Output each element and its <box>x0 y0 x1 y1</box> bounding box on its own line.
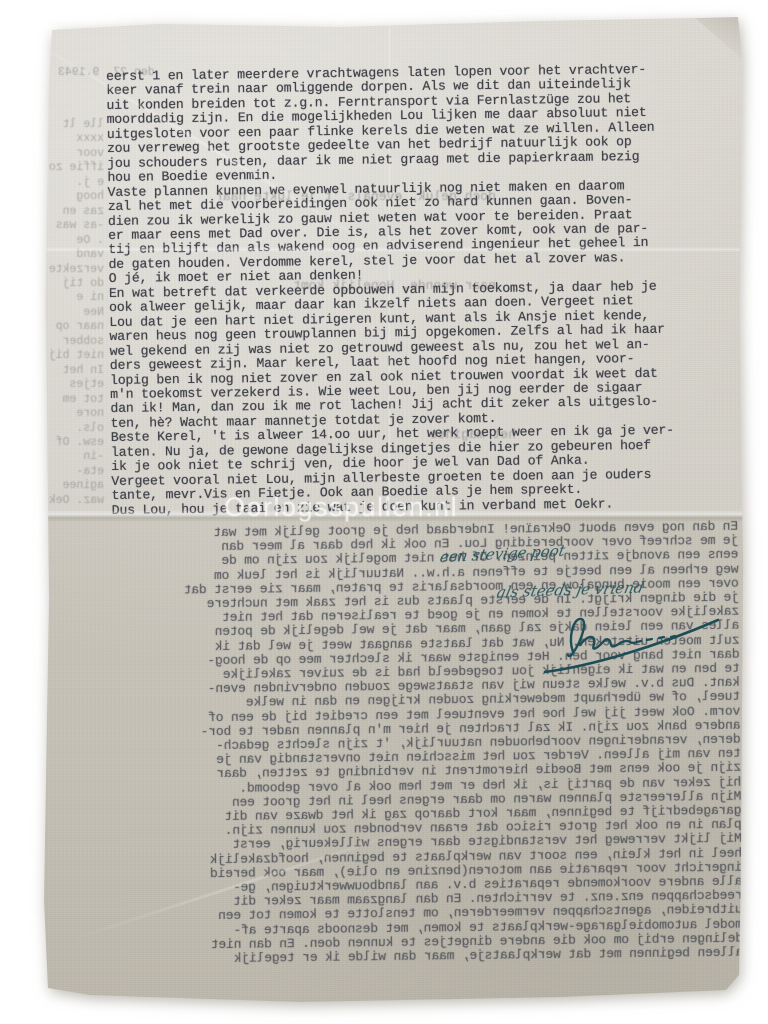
bleed-margin-fragment: eta- <box>56 465 104 479</box>
signature-ink <box>535 592 735 692</box>
scanned-letter-photo: den 27. 9.1943 lle ltxxxxvooriffie zoe j… <box>0 0 768 1024</box>
bleed-margin-fragment: hoog <box>56 190 104 204</box>
bleed-margin-fragment: do tij <box>56 277 104 291</box>
bleed-margin-fragment: ni e <box>56 291 104 305</box>
bleed-margin-fragment: e j. <box>56 176 104 190</box>
bleed-margin-fragment: Nee <box>56 306 104 320</box>
bleed-margin-fragment: zas en <box>56 205 104 219</box>
bleed-margin-fragment: esw. Of <box>56 436 104 450</box>
bleed-margin-fragment: . Oe <box>56 234 104 248</box>
bleed-margin-fragment: lle lt <box>56 118 104 132</box>
bleed-margin-fragment: niet bij <box>56 349 104 363</box>
bleed-margin-fragment: vand <box>56 248 104 262</box>
bleed-margin-fragment: etjes <box>56 378 104 392</box>
watermark: Oorlogsspullen.nl <box>224 492 458 523</box>
bleed-margin-fragment: naar op <box>56 320 104 334</box>
bleed-margin-fragment: voor <box>56 147 104 161</box>
bleed-margin-fragment: ols. <box>56 422 104 436</box>
bleed-margin-fragment: -as was <box>56 219 104 233</box>
typed-text-block: eerst 1 en later meerdere vrachtwagens l… <box>106 62 728 518</box>
bleed-margin-fragment: -in <box>56 450 104 464</box>
bleed-margin-fragment: tot em <box>56 393 104 407</box>
bleed-margin-fragment: xxxx <box>56 132 104 146</box>
bleed-margin-fragment: waz. Oek <box>56 494 104 508</box>
bleed-margin-fragment: nore <box>56 407 104 421</box>
bleed-margin-fragment: aginee <box>56 479 104 493</box>
bleed-margin-fragment: verzekte <box>56 263 104 277</box>
bleed-margin-fragment: iffie zo <box>56 161 104 175</box>
bleed-margin-fragment: In het <box>56 364 104 378</box>
folded-corner <box>694 17 742 59</box>
bleed-margin-fragments: lle ltxxxxvooriffie zoe j.hoogzas en-as … <box>56 118 104 508</box>
bleed-margin-fragment: sobber <box>56 335 104 349</box>
